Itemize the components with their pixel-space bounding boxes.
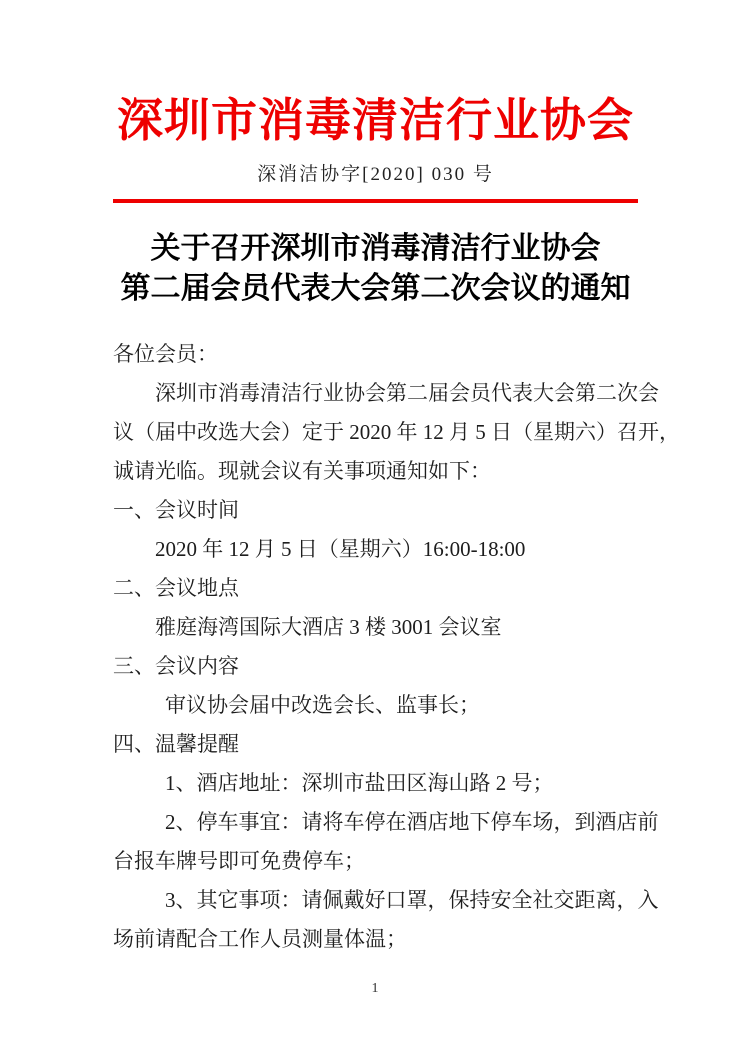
red-divider-rule (113, 199, 638, 203)
intro-paragraph-line: 议（届中改选大会）定于 2020 年 12 月 5 日（星期六）召开， (113, 413, 638, 452)
document-reference-number: 深消洁协字[2020] 030 号 (113, 162, 638, 188)
intro-paragraph-line: 诚请光临。现就会议有关事项通知如下： (113, 452, 638, 491)
intro-paragraph-line: 深圳市消毒清洁行业协会第二届会员代表大会第二次会 (113, 374, 638, 413)
section-heading-meeting-content: 三、会议内容 (113, 647, 638, 686)
reminder-item-parking-line: 台报车牌号即可免费停车； (113, 842, 638, 881)
document-content: 深圳市消毒清洁行业协会 深消洁协字[2020] 030 号 关于召开深圳市消毒清… (113, 0, 638, 959)
meeting-place-text: 雅庭海湾国际大酒店 3 楼 3001 会议室 (113, 608, 638, 647)
reminder-item-address: 1、酒店地址：深圳市盐田区海山路 2 号； (113, 764, 638, 803)
section-heading-meeting-time: 一、会议时间 (113, 491, 638, 530)
reminder-item-other-line: 3、其它事项：请佩戴好口罩，保持安全社交距离，入 (113, 881, 638, 920)
page-number: 1 (0, 981, 750, 997)
salutation: 各位会员： (113, 335, 638, 374)
notice-title: 关于召开深圳市消毒清洁行业协会 第二届会员代表大会第二次会议的通知 (113, 229, 638, 309)
notice-title-line2: 第二届会员代表大会第二次会议的通知 (113, 269, 638, 309)
meeting-time-text: 2020 年 12 月 5 日（星期六）16:00-18:00 (113, 530, 638, 569)
meeting-content-text: 审议协会届中改选会长、监事长； (113, 686, 638, 725)
document-page: 深圳市消毒清洁行业协会 深消洁协字[2020] 030 号 关于召开深圳市消毒清… (0, 0, 750, 1060)
reminder-item-other-line: 场前请配合工作人员测量体温； (113, 920, 638, 959)
notice-body: 各位会员： 深圳市消毒清洁行业协会第二届会员代表大会第二次会 议（届中改选大会）… (113, 335, 638, 959)
reminder-item-parking-line: 2、停车事宜：请将车停在酒店地下停车场，到酒店前 (113, 803, 638, 842)
section-heading-reminders: 四、温馨提醒 (113, 725, 638, 764)
section-heading-meeting-place: 二、会议地点 (113, 569, 638, 608)
organization-name-heading: 深圳市消毒清洁行业协会 (113, 94, 638, 146)
notice-title-line1: 关于召开深圳市消毒清洁行业协会 (113, 229, 638, 269)
